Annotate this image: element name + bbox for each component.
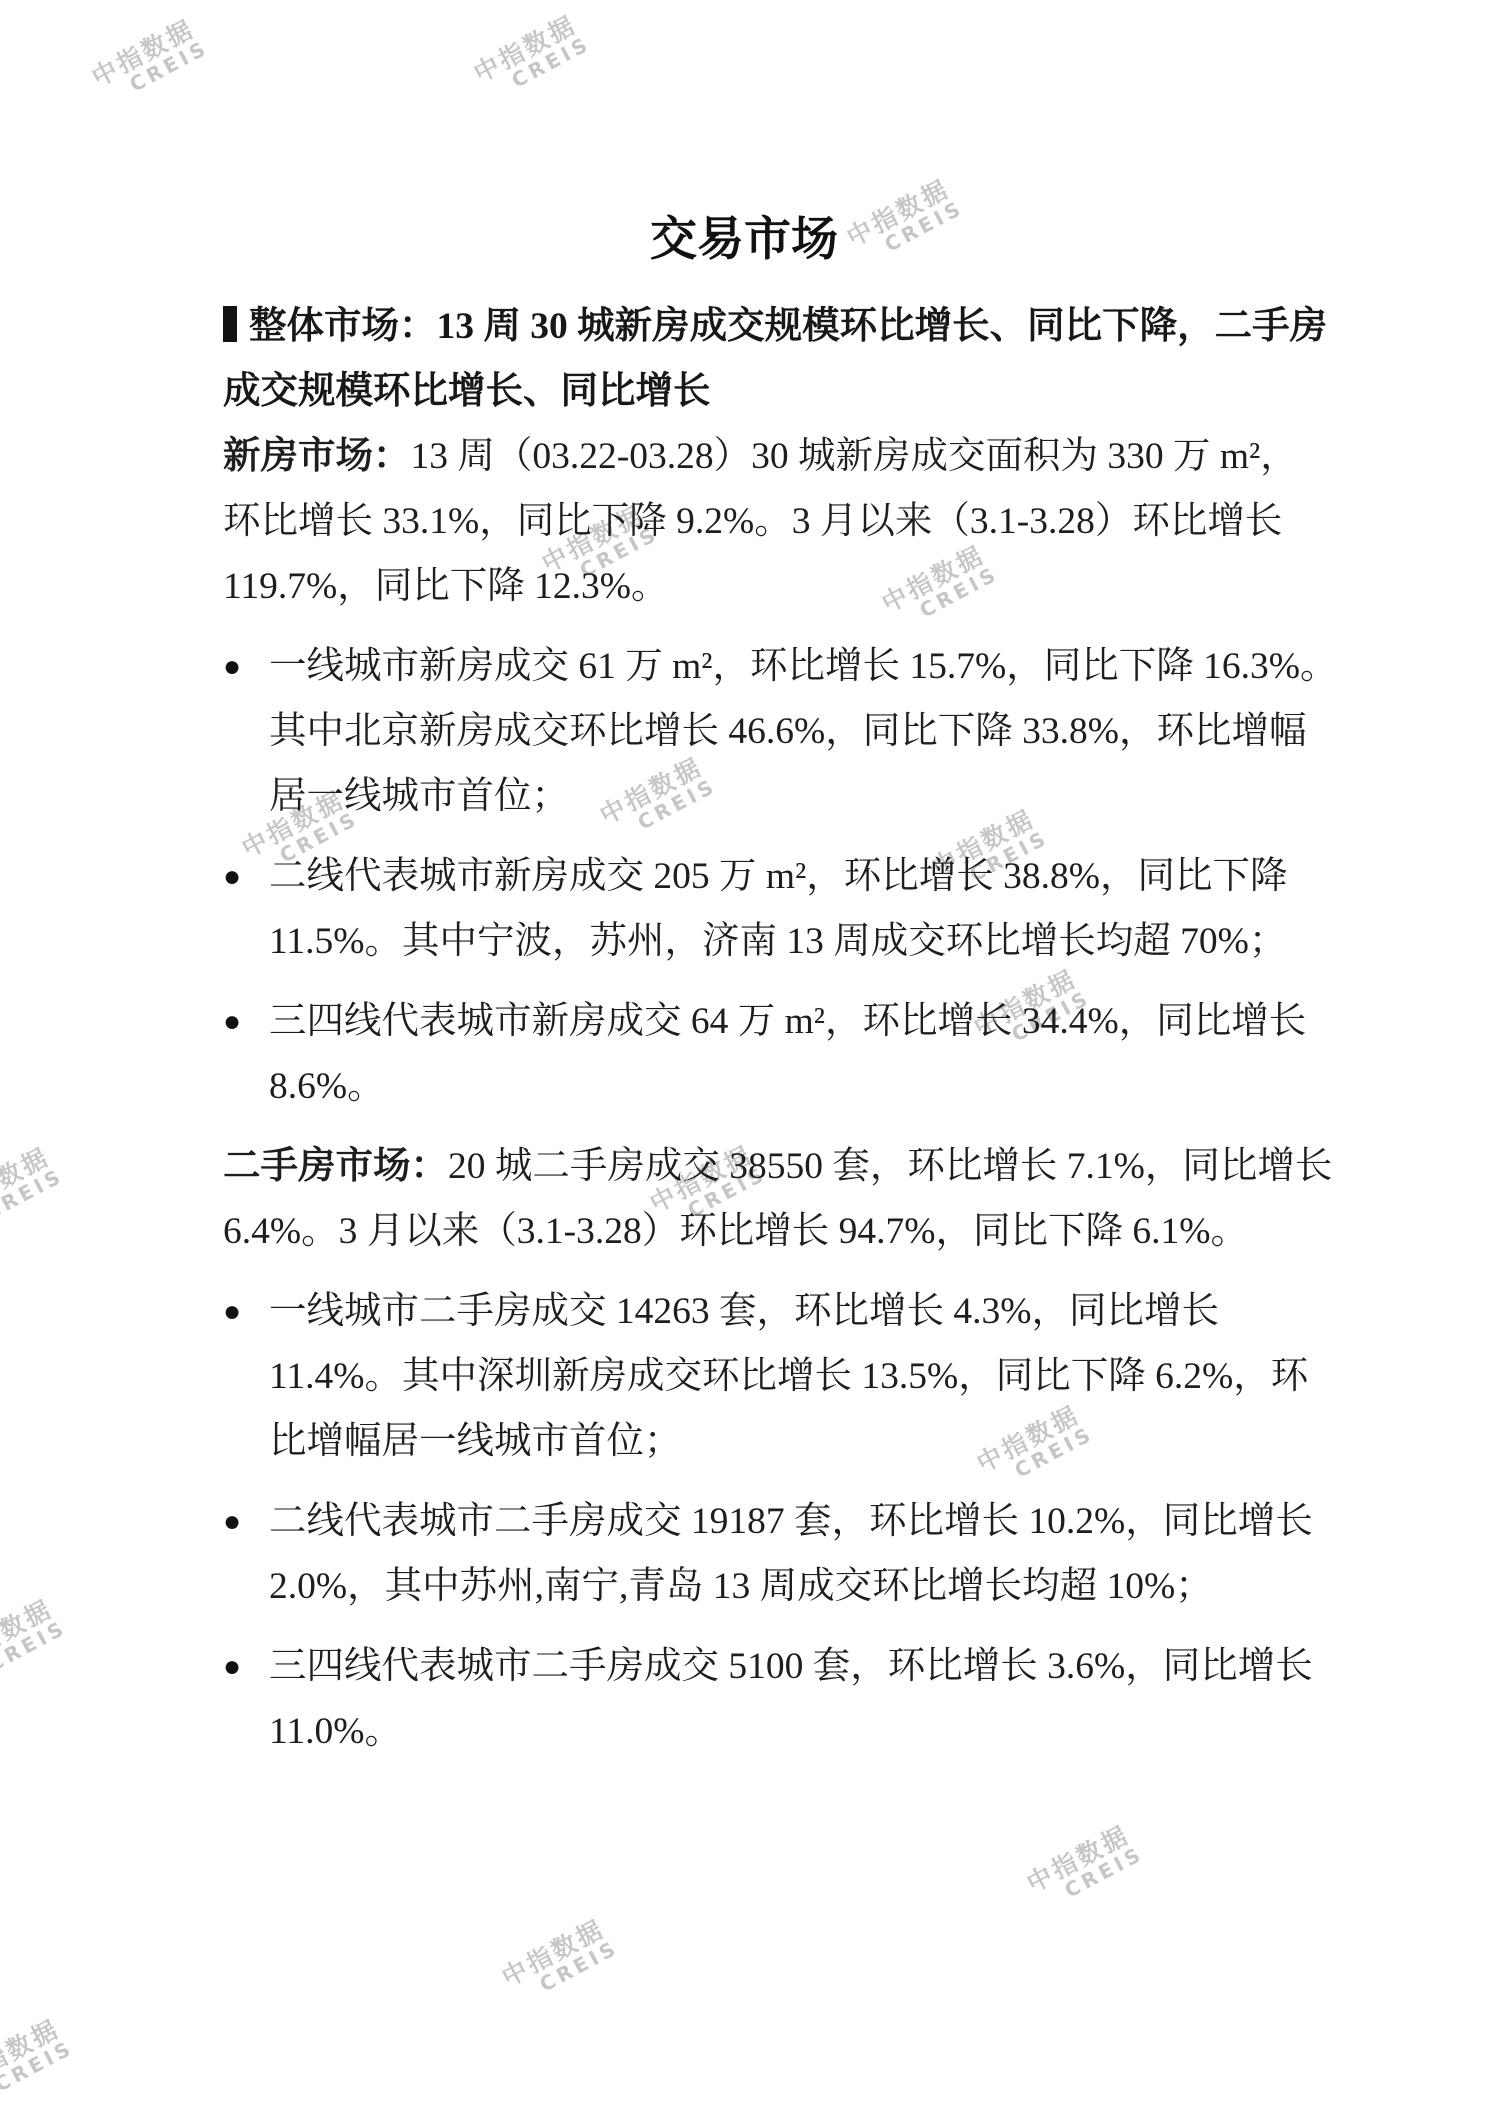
heading-bar-icon	[223, 306, 237, 342]
bullet-icon: ●	[223, 1634, 241, 1699]
bullet-icon: ●	[223, 1279, 241, 1344]
paragraph-new-home-market: 新房市场：13 周（03.22-03.28）30 城新房成交面积为 330 万 …	[223, 424, 1265, 619]
heading-line-text: 整体市场：13 周 30 城新房成交规模环比增长、同比下降，二手房	[249, 306, 1327, 347]
watermark-en-text: CREIS	[0, 1165, 67, 1238]
text-line: 119.7%，同比下降 12.3%。	[223, 554, 1265, 619]
text-line: 环比增长 33.1%，同比下降 9.2%。3 月以来（3.1-3.28）环比增长	[223, 489, 1265, 554]
watermark-cn-text: 中指数据	[0, 2014, 67, 2091]
text-line: 11.5%。其中宁波，苏州，济南 13 周成交环比增长均超 70%；	[269, 909, 1265, 974]
paragraph-secondhand-market: 二手房市场：20 城二手房成交 38550 套，环比增长 7.1%，同比增长 6…	[223, 1134, 1265, 1264]
text-line: 11.0%。	[269, 1699, 1265, 1764]
bullet-item-tier1-secondhand: ● 一线城市二手房成交 14263 套，环比增长 4.3%，同比增长 11.4%…	[223, 1279, 1265, 1474]
bullet-icon: ●	[223, 634, 241, 699]
paragraph-lead: 二手房市场：	[223, 1146, 448, 1187]
watermark: 中指数据CREIS	[498, 1914, 622, 2010]
watermark-cn-text: 中指数据	[498, 1914, 612, 1991]
section-heading: 整体市场：13 周 30 城新房成交规模环比增长、同比下降，二手房 成交规模环比…	[223, 294, 1265, 424]
text-run: 20 城二手房成交 38550 套，环比增长 7.1%，同比增长	[448, 1146, 1332, 1187]
watermark: 中指数据CREIS	[0, 1594, 70, 1690]
text-line: 三四线代表城市新房成交 64 万 m²，环比增长 34.4%，同比增长	[269, 989, 1265, 1054]
text-line: 一线城市新房成交 61 万 m²，环比增长 15.7%，同比下降 16.3%。	[269, 634, 1265, 699]
text-line: 11.4%。其中深圳新房成交环比增长 13.5%，同比下降 6.2%，环	[269, 1344, 1265, 1409]
text-line: 二线代表城市新房成交 205 万 m²，环比增长 38.8%，同比下降	[269, 844, 1265, 909]
text-line: 一线城市二手房成交 14263 套，环比增长 4.3%，同比增长	[269, 1279, 1265, 1344]
bullet-icon: ●	[223, 844, 241, 909]
text-line: 6.4%。3 月以来（3.1-3.28）环比增长 94.7%，同比下降 6.1%…	[223, 1199, 1265, 1264]
bullet-item-tier1-new: ● 一线城市新房成交 61 万 m²，环比增长 15.7%，同比下降 16.3%…	[223, 634, 1265, 829]
watermark: 中指数据CREIS	[0, 1142, 67, 1238]
bullet-icon: ●	[223, 989, 241, 1054]
text-line: 二线代表城市二手房成交 19187 套，环比增长 10.2%，同比增长	[269, 1489, 1265, 1554]
text-line: 二手房市场：20 城二手房成交 38550 套，环比增长 7.1%，同比增长	[223, 1134, 1265, 1199]
text-line: 居一线城市首位；	[269, 764, 1265, 829]
watermark-en-text: CREIS	[1035, 1843, 1147, 1916]
bullet-item-tier2-secondhand: ● 二线代表城市二手房成交 19187 套，环比增长 10.2%，同比增长 2.…	[223, 1489, 1265, 1619]
watermark-cn-text: 中指数据	[0, 1594, 60, 1671]
watermark: 中指数据CREIS	[0, 2014, 77, 2104]
heading-line-text: 成交规模环比增长、同比增长	[223, 359, 1265, 424]
bullet-item-tier34-new: ● 三四线代表城市新房成交 64 万 m²，环比增长 34.4%，同比增长 8.…	[223, 989, 1265, 1119]
watermark-en-text: CREIS	[100, 37, 212, 110]
heading-line: 整体市场：13 周 30 城新房成交规模环比增长、同比下降，二手房	[223, 294, 1265, 359]
watermark: 中指数据CREIS	[88, 14, 212, 110]
bullet-icon: ●	[223, 1489, 241, 1554]
watermark-cn-text: 中指数据	[1023, 1820, 1137, 1897]
bullet-item-tier34-secondhand: ● 三四线代表城市二手房成交 5100 套，环比增长 3.6%，同比增长 11.…	[223, 1634, 1265, 1764]
text-line: 2.0%，其中苏州,南宁,青岛 13 周成交环比增长均超 10%；	[269, 1554, 1265, 1619]
watermark-en-text: CREIS	[510, 1937, 622, 2010]
text-line: 新房市场：13 周（03.22-03.28）30 城新房成交面积为 330 万 …	[223, 424, 1265, 489]
report-content: 交易市场 整体市场：13 周 30 城新房成交规模环比增长、同比下降，二手房 成…	[223, 0, 1265, 1764]
bullet-item-tier2-new: ● 二线代表城市新房成交 205 万 m²，环比增长 38.8%，同比下降 11…	[223, 844, 1265, 974]
watermark-cn-text: 中指数据	[0, 1142, 57, 1219]
text-line: 比增幅居一线城市首位；	[269, 1409, 1265, 1474]
watermark-cn-text: 中指数据	[88, 14, 202, 91]
watermark-en-text: CREIS	[0, 2037, 77, 2104]
watermark: 中指数据CREIS	[1023, 1820, 1147, 1916]
text-line: 三四线代表城市二手房成交 5100 套，环比增长 3.6%，同比增长	[269, 1634, 1265, 1699]
watermark-en-text: CREIS	[0, 1617, 70, 1690]
report-page: 中指数据CREIS中指数据CREIS中指数据CREIS中指数据CREIS中指数据…	[0, 0, 1488, 2104]
text-line: 其中北京新房成交环比增长 46.6%，同比下降 33.8%，环比增幅	[269, 699, 1265, 764]
text-line: 8.6%。	[269, 1054, 1265, 1119]
text-run: 13 周（03.22-03.28）30 城新房成交面积为 330 万 m²，	[411, 436, 1298, 477]
page-title: 交易市场	[223, 0, 1265, 266]
paragraph-lead: 新房市场：	[223, 436, 411, 477]
